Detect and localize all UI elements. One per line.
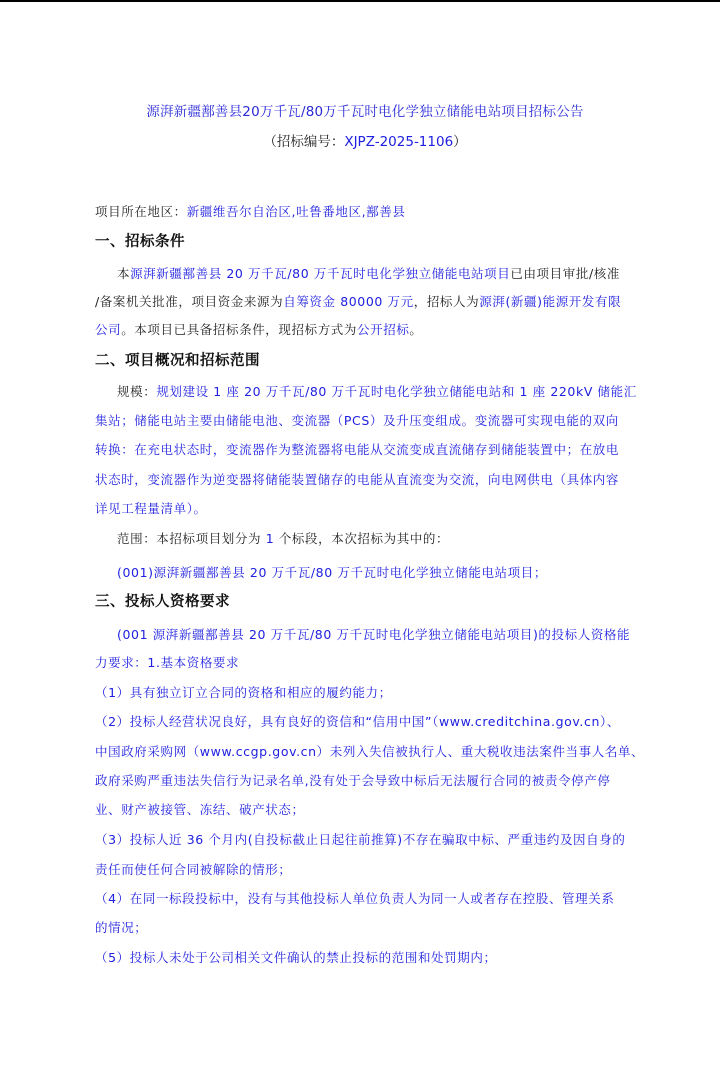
section1-line-2: /备案机关批准，项目资金来源为自筹资金 80000 万元，招标人为源湃(新疆)能… xyxy=(95,292,621,310)
section1-line-1: 本源湃新疆鄯善县 20 万千瓦/80 万千瓦时电化学独立储能电站项目已由项目审批… xyxy=(117,264,620,282)
range-suffix: 个标段，本次招标为其中的： xyxy=(274,531,449,546)
text-run: ，招标人为 xyxy=(414,294,480,309)
qual-item-4-line-1: （4）在同一标段投标中，没有与其他投标人单位负责人为同一人或者存在控股、管理关系 xyxy=(95,889,614,907)
section1-line-3: 公司。本项目已具备招标条件，现招标方式为公开招标。 xyxy=(95,320,423,338)
scale-line-1: 规模：规划建设 1 座 20 万千瓦/80 万千瓦时电化学独立储能电站和 1 座… xyxy=(117,382,637,400)
qual-item-2-line-3: 政府采购严重违法失信行为记录名单,没有处于会导致中标后无法履行合同的被责令停产停 xyxy=(95,771,610,789)
region-value: 新疆维吾尔自治区,吐鲁番地区,鄯善县 xyxy=(187,204,406,219)
qual-intro-1: (001 源湃新疆鄯善县 20 万千瓦/80 万千瓦时电化学独立储能电站项目)的… xyxy=(117,625,630,643)
qual-item-2-line-4: 业、财产被接管、冻结、破产状态； xyxy=(95,800,305,818)
top-border xyxy=(0,0,720,2)
tenderer-name: 源湃(新疆)能源开发有限 xyxy=(479,294,621,309)
lot-line: (001)源湃新疆鄯善县 20 万千瓦/80 万千瓦时电化学独立储能电站项目； xyxy=(117,563,547,581)
bid-number-prefix: （招标编号： xyxy=(263,134,344,150)
text-run: /备案机关批准，项目资金来源为 xyxy=(95,294,283,309)
qual-item-3-line-2: 责任而使任何合同被解除的情形； xyxy=(95,860,292,878)
scale-line-3: 转换：在充电状态时，变流器作为整流器将电能从交流变成直流储存到储能装置中；在放电 xyxy=(95,440,619,458)
tenderer-name-end: 公司 xyxy=(95,322,121,337)
section2-heading: 二、项目概况和招标范围 xyxy=(95,349,260,370)
qual-item-3-line-1: （3）投标人近 36 个月内(自投标截止日起往前推算)不存在骗取中标、严重违约及… xyxy=(95,830,625,848)
section1-heading: 一、招标条件 xyxy=(95,230,185,251)
range-prefix: 范围：本招标项目划分为 xyxy=(117,531,266,546)
scale-label: 规模： xyxy=(117,384,156,399)
bid-number-suffix: ） xyxy=(453,134,467,150)
qual-item-2-line-1: （2）投标人经营状况良好，具有良好的资信和“信用中国”（www.creditch… xyxy=(95,712,620,730)
qual-item-4-line-2: 的情况； xyxy=(95,918,147,936)
section3-heading: 三、投标人资格要求 xyxy=(95,590,230,611)
lot-count: 1 xyxy=(266,531,275,546)
bid-number: XJPZ-2025-1106 xyxy=(344,134,453,150)
qual-intro-2: 力要求：1.基本资格要求 xyxy=(95,653,239,671)
text-run: 已由项目审批/核准 xyxy=(510,266,620,281)
scale-line-2: 集站；储能电站主要由储能电池、变流器（PCS）及升压变组成。变流器可实现电能的双… xyxy=(95,411,619,429)
region-label: 项目所在地区： xyxy=(95,204,187,219)
project-name: 源湃新疆鄯善县 20 万千瓦/80 万千瓦时电化学独立储能电站项目 xyxy=(130,266,510,281)
fund-source: 自筹资金 80000 万元 xyxy=(283,294,414,309)
qual-item-2-line-2: 中国政府采购网（www.ccgp.gov.cn）未列入失信被执行人、重大税收违法… xyxy=(95,742,644,760)
document-title: 源湃新疆鄯善县20万千瓦/80万千瓦时电化学独立储能电站项目招标公告 xyxy=(95,100,635,120)
range-line: 范围：本招标项目划分为 1 个标段，本次招标为其中的： xyxy=(117,529,449,547)
region-line: 项目所在地区：新疆维吾尔自治区,吐鲁番地区,鄯善县 xyxy=(95,202,405,220)
qual-item-5: （5）投标人未处于公司相关文件确认的禁止投标的范围和处罚期内； xyxy=(95,948,497,966)
text-run: 本 xyxy=(117,266,130,281)
tender-method: 公开招标 xyxy=(357,322,409,337)
scale-line-4: 状态时，变流器作为逆变器将储能装置储存的电能从直流变为交流，向电网供电（具体内容 xyxy=(95,470,619,488)
text-run: 。 xyxy=(409,322,422,337)
text-run: 。本项目已具备招标条件，现招标方式为 xyxy=(121,322,357,337)
qual-item-1: （1）具有独立订立合同的资格和相应的履约能力； xyxy=(95,683,392,701)
bid-number-line: （招标编号：XJPZ-2025-1106） xyxy=(95,130,635,150)
scale-text: 规划建设 1 座 20 万千瓦/80 万千瓦时电化学独立储能电站和 1 座 22… xyxy=(156,384,637,399)
scale-line-5: 详见工程量清单）。 xyxy=(95,499,207,517)
